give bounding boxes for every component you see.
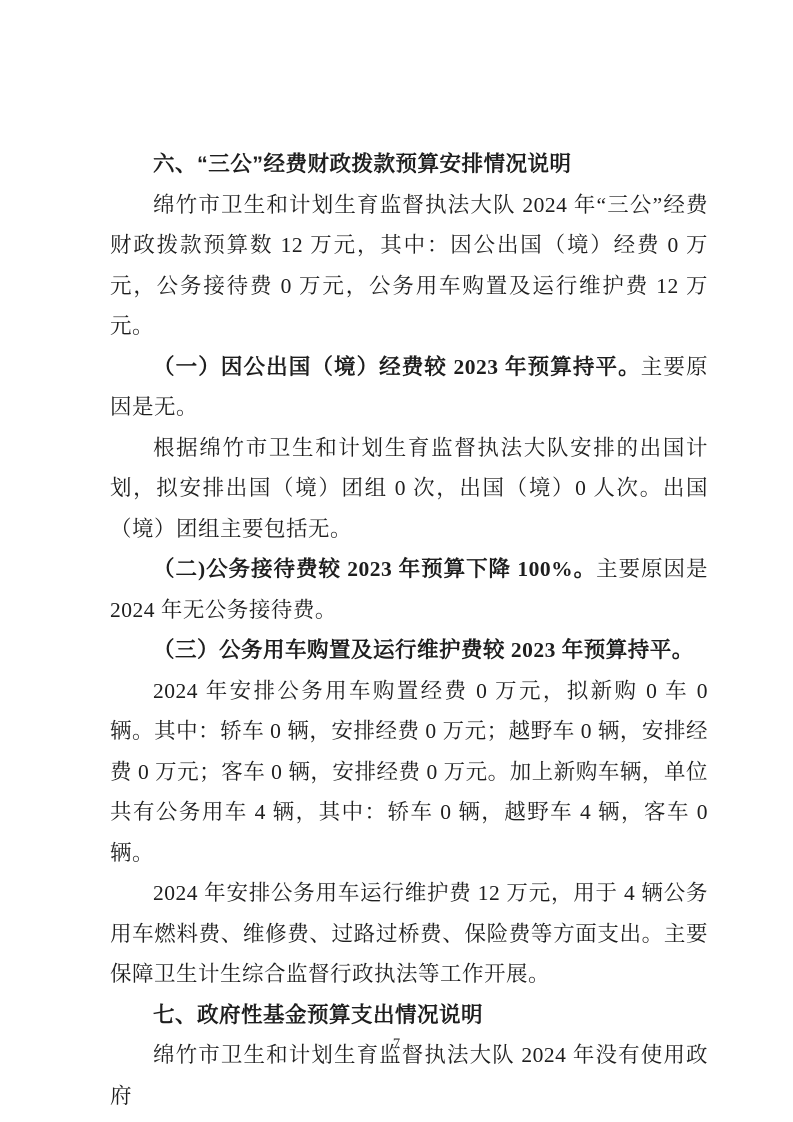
paragraph-sangong-summary: 绵竹市卫生和计划生育监督执法大队 2024 年“三公”经费财政拨款预算数 12 …: [110, 185, 708, 347]
page-number: 7: [0, 1036, 793, 1053]
paragraph-text: 绵竹市卫生和计划生育监督执法大队 2024 年“三公”经费财政拨款预算数 12 …: [110, 193, 708, 339]
paragraph-bold-lead: （一）因公出国（境）经费较 2023 年预算持平。: [153, 355, 641, 379]
paragraph-text: 2024 年安排公务用车购置经费 0 万元，拟新购 0 车 0 辆。其中：轿车 …: [110, 679, 708, 865]
section-heading-six: 六、“三公”经费财政拨款预算安排情况说明: [110, 144, 708, 185]
paragraph-item-three-vehicle: （三）公务用车购置及运行维护费较 2023 年预算持平。: [110, 630, 708, 671]
paragraph-abroad-plan: 根据绵竹市卫生和计划生育监督执法大队安排的出国计划，拟安排出国（境）团组 0 次…: [110, 428, 708, 550]
paragraph-bold-lead: （二)公务接待费较 2023 年预算下降 100%。: [153, 557, 596, 581]
paragraph-text: 根据绵竹市卫生和计划生育监督执法大队安排的出国计划，拟安排出国（境）团组 0 次…: [110, 436, 708, 541]
paragraph-bold-lead: （三）公务用车购置及运行维护费较 2023 年预算持平。: [153, 638, 694, 662]
paragraph-vehicle-purchase: 2024 年安排公务用车购置经费 0 万元，拟新购 0 车 0 辆。其中：轿车 …: [110, 671, 708, 874]
paragraph-item-one-abroad: （一）因公出国（境）经费较 2023 年预算持平。主要原因是无。: [110, 347, 708, 428]
document-page: 六、“三公”经费财政拨款预算安排情况说明 绵竹市卫生和计划生育监督执法大队 20…: [0, 0, 793, 1122]
section-heading-seven: 七、政府性基金预算支出情况说明: [110, 995, 708, 1036]
paragraph-text: 2024 年安排公务用车运行维护费 12 万元，用于 4 辆公务用车燃料费、维修…: [110, 881, 708, 986]
paragraph-vehicle-maintenance: 2024 年安排公务用车运行维护费 12 万元，用于 4 辆公务用车燃料费、维修…: [110, 873, 708, 995]
paragraph-item-two-reception: （二)公务接待费较 2023 年预算下降 100%。主要原因是 2024 年无公…: [110, 549, 708, 630]
document-content: 六、“三公”经费财政拨款预算安排情况说明 绵竹市卫生和计划生育监督执法大队 20…: [110, 144, 708, 1116]
